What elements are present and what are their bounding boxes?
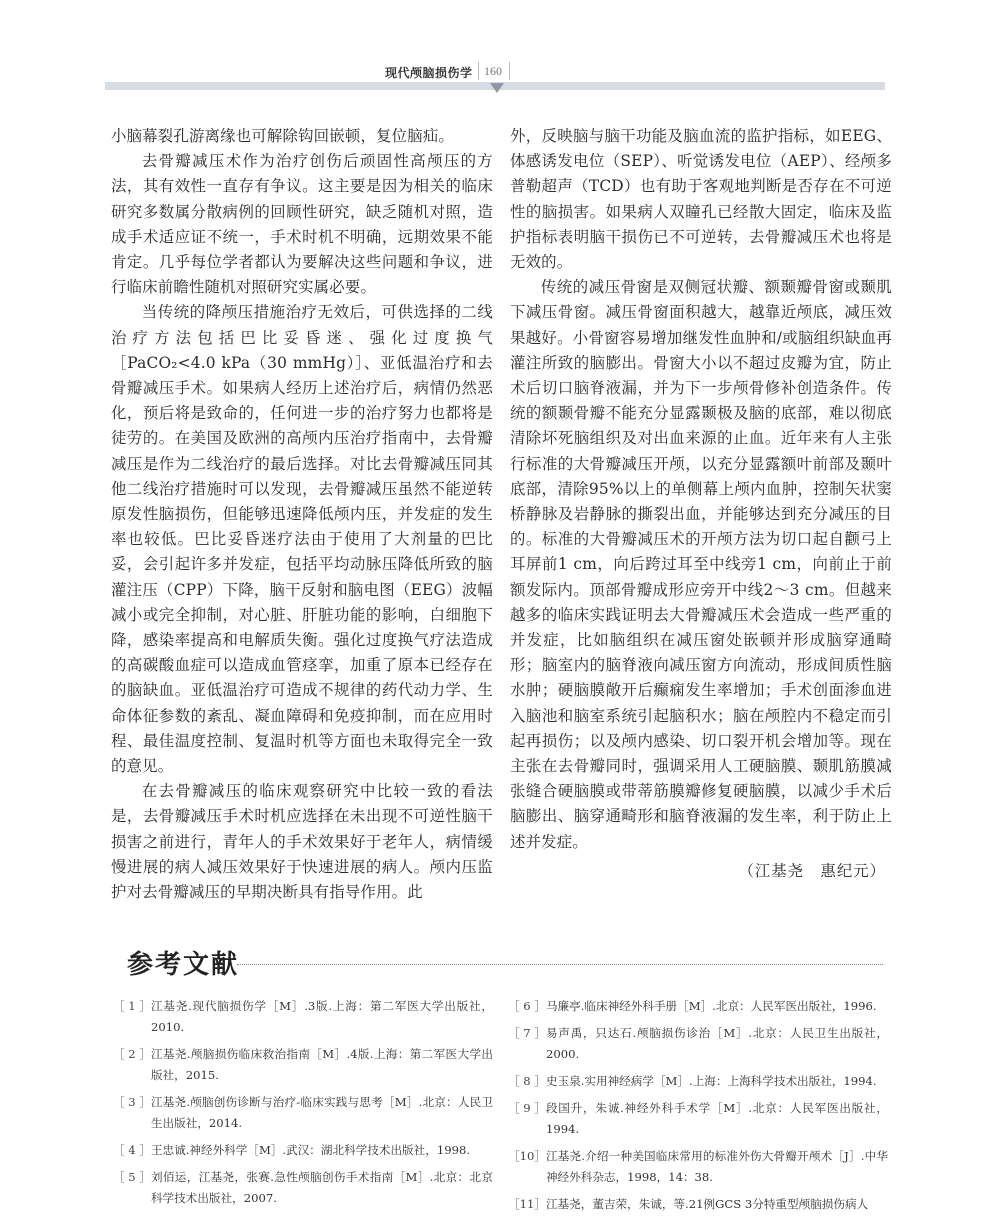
reference-item: ［ 1 ］ 江基尧.现代脑损伤学［M］.3版.上海：第二军医大学出版社，2010… [113,996,493,1038]
reference-text: 江基尧.现代脑损伤学［M］.3版.上海：第二军医大学出版社，2010. [151,996,493,1038]
reference-item: ［ 6 ］ 马廉亭.临床神经外科手册［M］.北京：人民军医出版社，1996. [508,996,888,1017]
paragraph: 小脑幕裂孔游离缘也可解除钩回嵌顿，复位脑疝。 [111,124,493,149]
reference-number: ［ 2 ］ [113,1044,151,1086]
reference-number: ［ 1 ］ [113,996,151,1038]
reference-item: ［ 4 ］ 王忠诚.神经外科学［M］.武汉：湖北科学技术出版社，1998. [113,1140,493,1161]
reference-text: 史玉泉.实用神经病学［M］.上海：上海科学技术出版社，1994. [546,1071,888,1092]
paragraph: 当传统的降颅压措施治疗无效后，可供选择的二线治疗方法包括巴比妥昏迷、强化过度换气… [111,300,493,779]
reference-item: ［ 9 ］ 段国升，朱诚.神经外科手术学［M］.北京：人民军医出版社，1994. [508,1098,888,1140]
reference-text: 江基尧.颅脑创伤诊断与治疗-临床实践与思考［M］.北京：人民卫生出版社，2014… [151,1092,493,1134]
references-list-right: ［ 6 ］ 马廉亭.临床神经外科手册［M］.北京：人民军医出版社，1996. ［… [508,996,888,1221]
reference-text: 段国升，朱诚.神经外科手术学［M］.北京：人民军医出版社，1994. [546,1098,888,1140]
paragraph: 外，反映脑与脑干功能及脑血流的监护指标，如EEG、体感诱发电位（SEP）、听觉诱… [510,124,892,275]
reference-item: ［ 2 ］ 江基尧.颅脑损伤临床救治指南［M］.4版.上海：第二军医大学出版社，… [113,1044,493,1086]
paragraph: 在去骨瓣减压的临床观察研究中比较一致的看法是，去骨瓣减压手术时机应选择在未出现不… [111,779,493,905]
reference-number: ［ 6 ］ [508,996,546,1017]
triangle-marker-icon [490,83,504,93]
body-column-right: 外，反映脑与脑干功能及脑血流的监护指标，如EEG、体感诱发电位（SEP）、听觉诱… [510,124,892,884]
reference-text: 江基尧，董吉荣，朱诚，等.21例GCS 3分特重型颅脑损伤病人 [546,1194,888,1215]
reference-number: ［ 7 ］ [508,1023,546,1065]
reference-text: 刘佰运，江基尧，张赛.急性颅脑创伤手术指南［M］.北京：北京科学技术出版社，20… [151,1167,493,1209]
reference-number: ［10］ [508,1146,546,1188]
dotted-rule [237,964,883,965]
reference-item: ［ 8 ］ 史玉泉.实用神经病学［M］.上海：上海科学技术出版社，1994. [508,1071,888,1092]
paragraph: 传统的减压骨窗是双侧冠状瓣、额颞瓣骨窗或颞肌下减压骨窗。减压骨窗面积越大，越靠近… [510,275,892,855]
reference-item: ［11］ 江基尧，董吉荣，朱诚，等.21例GCS 3分特重型颅脑损伤病人 [508,1194,888,1215]
references-heading: 参考文献 [127,944,883,980]
reference-text: 马廉亭.临床神经外科手册［M］.北京：人民军医出版社，1996. [546,996,888,1017]
references-title: 参考文献 [127,944,239,981]
reference-item: ［ 5 ］ 刘佰运，江基尧，张赛.急性颅脑创伤手术指南［M］.北京：北京科学技术… [113,1167,493,1209]
reference-text: 王忠诚.神经外科学［M］.武汉：湖北科学技术出版社，1998. [151,1140,493,1161]
running-header: 现代颅脑损伤学 160 [0,0,991,100]
reference-number: ［11］ [508,1194,546,1215]
reference-text: 江基尧.颅脑损伤临床救治指南［M］.4版.上海：第二军医大学出版社，2015. [151,1044,493,1086]
reference-item: ［ 7 ］ 易声禹，只达石.颅脑损伤诊治［M］.北京：人民卫生出版社，2000. [508,1023,888,1065]
page-number: 160 [484,64,502,79]
reference-number: ［ 9 ］ [508,1098,546,1140]
reference-number: ［ 4 ］ [113,1140,151,1161]
book-title: 现代颅脑损伤学 [385,64,473,81]
body-column-left: 小脑幕裂孔游离缘也可解除钩回嵌顿，复位脑疝。 去骨瓣减压术作为治疗创伤后顽固性高… [111,124,493,905]
reference-text: 易声禹，只达石.颅脑损伤诊治［M］.北京：人民卫生出版社，2000. [546,1023,888,1065]
author-signature: （江基尧 惠纪元） [510,859,892,884]
header-divider [478,62,479,80]
reference-number: ［ 3 ］ [113,1092,151,1134]
references-list-left: ［ 1 ］ 江基尧.现代脑损伤学［M］.3版.上海：第二军医大学出版社，2010… [113,996,493,1215]
header-divider [509,62,510,80]
reference-text: 江基尧.介绍一种美国临床常用的标准外伤大骨瓣开颅术［J］.中华神经外科杂志，19… [546,1146,888,1188]
reference-number: ［ 5 ］ [113,1167,151,1209]
reference-item: ［ 3 ］ 江基尧.颅脑创伤诊断与治疗-临床实践与思考［M］.北京：人民卫生出版… [113,1092,493,1134]
reference-number: ［ 8 ］ [508,1071,546,1092]
paragraph: 去骨瓣减压术作为治疗创伤后顽固性高颅压的方法，其有效性一直存有争议。这主要是因为… [111,149,493,300]
reference-item: ［10］ 江基尧.介绍一种美国临床常用的标准外伤大骨瓣开颅术［J］.中华神经外科… [508,1146,888,1188]
